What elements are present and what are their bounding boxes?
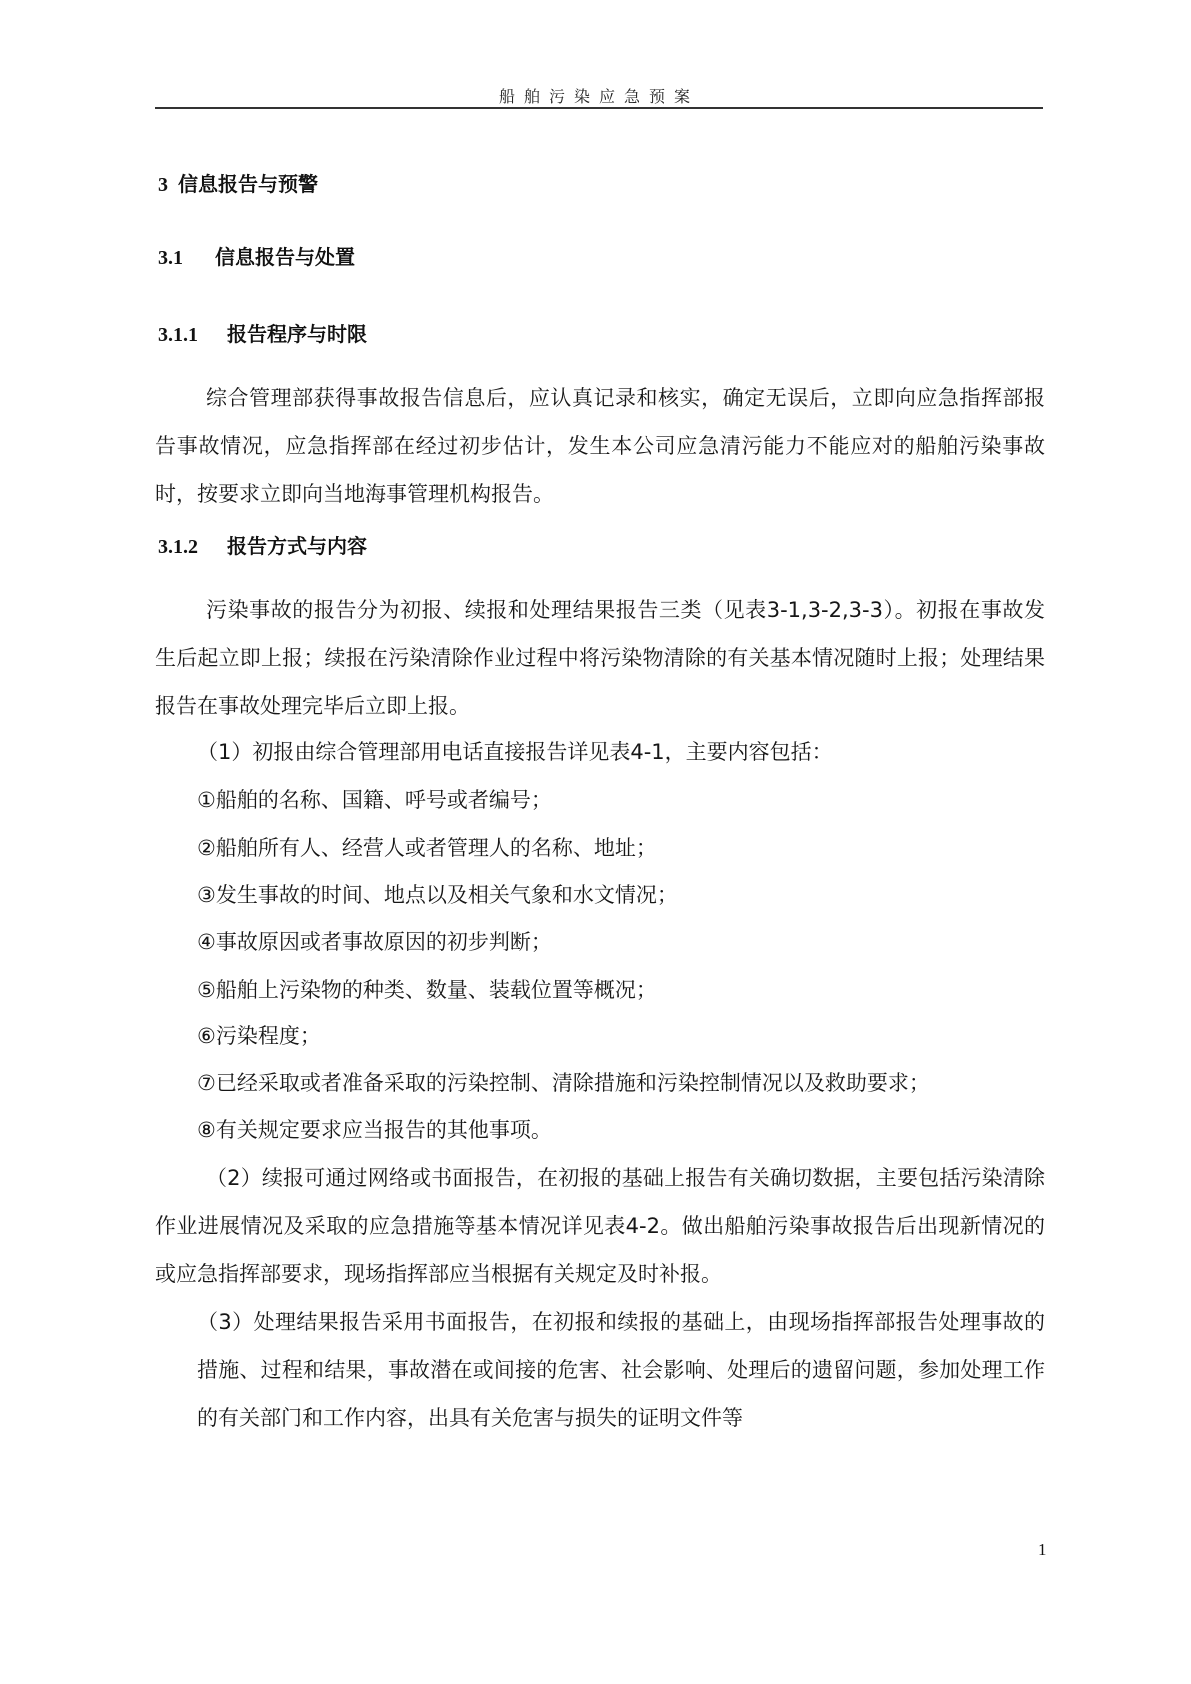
heading-section-3-1-2: 3.1.2 报告方式与内容 xyxy=(158,530,367,559)
running-header: 船舶污染应急预案 xyxy=(155,84,1043,107)
list-item: ⑤船舶上污染物的种类、数量、装载位置等概况； xyxy=(197,966,1057,1014)
heading-title: 报告程序与时限 xyxy=(227,322,367,346)
list-item: ⑧有关规定要求应当报告的其他事项。 xyxy=(197,1106,1057,1154)
list-item: ①船舶的名称、国籍、呼号或者编号； xyxy=(197,776,1057,824)
heading-title: 信息报告与预警 xyxy=(178,172,318,196)
heading-section-3-1-1: 3.1.1 报告程序与时限 xyxy=(158,318,367,347)
heading-number: 3 xyxy=(158,174,168,197)
heading-chapter-3: 3 信息报告与预警 xyxy=(158,168,318,197)
list-item: ②船舶所有人、经营人或者管理人的名称、地址； xyxy=(197,824,1057,872)
paragraph-result-report: （3）处理结果报告采用书面报告，在初报和续报的基础上，由现场指挥部报告处理事故的… xyxy=(197,1298,1045,1442)
list-item: ④事故原因或者事故原因的初步判断； xyxy=(197,918,1057,966)
paragraph-follow-up-report: （2）续报可通过网络或书面报告，在初报的基础上报告有关确切数据，主要包括污染清除… xyxy=(155,1154,1045,1298)
heading-number: 3.1.2 xyxy=(158,536,222,559)
heading-section-3-1: 3.1 信息报告与处置 xyxy=(158,241,355,270)
page-number: 1 xyxy=(1038,1540,1047,1560)
heading-title: 信息报告与处置 xyxy=(215,245,355,269)
paragraph-report-types: 污染事故的报告分为初报、续报和处理结果报告三类（见表3-1,3-2,3-3）。初… xyxy=(155,586,1045,730)
heading-number: 3.1 xyxy=(158,247,210,270)
heading-number: 3.1.1 xyxy=(158,324,222,347)
list-item: ⑥污染程度； xyxy=(197,1012,1057,1060)
initial-report-intro: （1）初报由综合管理部用电话直接报告详见表4-1，主要内容包括： xyxy=(197,728,1057,776)
list-item: ⑦已经采取或者准备采取的污染控制、清除措施和污染控制情况以及救助要求； xyxy=(197,1059,1057,1107)
header-rule xyxy=(155,107,1043,109)
heading-title: 报告方式与内容 xyxy=(227,534,367,558)
list-item: ③发生事故的时间、地点以及相关气象和水文情况； xyxy=(197,871,1057,919)
paragraph-reporting-procedure: 综合管理部获得事故报告信息后，应认真记录和核实，确定无误后，立即向应急指挥部报告… xyxy=(155,374,1045,518)
